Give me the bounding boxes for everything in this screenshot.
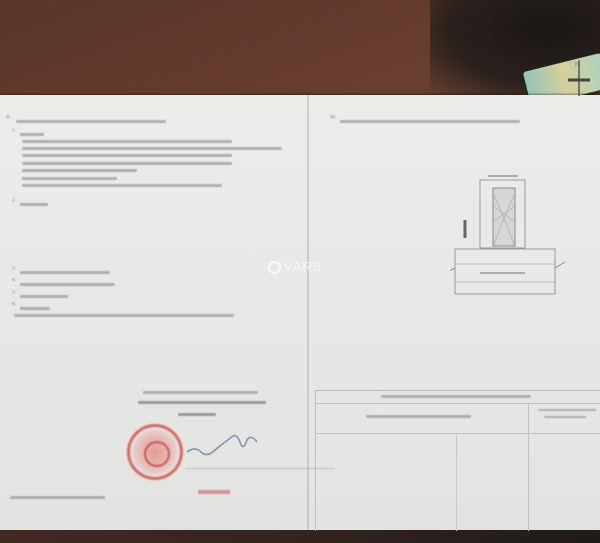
north-arrow-icon: N	[566, 58, 592, 98]
text-line	[22, 184, 222, 187]
signature-underline	[185, 468, 335, 469]
table-column-headers	[316, 403, 600, 434]
column-header-line	[366, 415, 471, 418]
sub-item-5: 5.	[12, 290, 16, 295]
sub-item-2: 2.	[12, 198, 16, 203]
text-line	[22, 140, 232, 143]
footer-text-line	[10, 496, 105, 499]
text-line	[20, 283, 115, 286]
text-line	[14, 314, 234, 317]
certificate-document: II. 1. 2. 3. 4. 5. 6. III. N	[0, 95, 600, 530]
page-fold	[307, 95, 309, 530]
text-line	[22, 177, 117, 180]
vars-logo-icon	[268, 261, 281, 274]
red-seal-stamp	[127, 424, 183, 480]
text-line	[20, 307, 50, 310]
land-plot-diagram	[450, 170, 570, 300]
sub-item-4: 4.	[12, 278, 16, 283]
text-line	[20, 271, 110, 274]
signature-date-line	[143, 391, 258, 394]
column-header-line	[538, 409, 596, 411]
svg-text:N: N	[575, 62, 580, 68]
text-line	[340, 120, 520, 123]
text-line	[22, 147, 282, 150]
changes-table	[315, 390, 600, 531]
signature	[185, 430, 265, 460]
authority-title-line	[178, 413, 216, 416]
text-line	[22, 154, 232, 157]
watermark-text: VARS	[284, 259, 322, 274]
section-heading-right: III.	[330, 115, 336, 120]
section-heading-left: II.	[6, 115, 11, 120]
sub-item-6: 6.	[12, 302, 16, 307]
column-header-line	[544, 416, 586, 418]
watermark: VARS	[268, 259, 322, 274]
text-line	[22, 162, 232, 165]
text-line	[20, 295, 68, 298]
signer-name	[198, 490, 230, 494]
text-line	[20, 203, 48, 206]
text-line	[16, 120, 166, 123]
table-title-line	[381, 395, 531, 398]
authority-name-line	[138, 401, 266, 404]
table-divider	[528, 403, 529, 531]
text-line	[20, 133, 44, 136]
text-line	[22, 169, 137, 172]
table-divider	[456, 433, 457, 531]
sub-item-3: 3.	[12, 266, 16, 271]
sub-item-1: 1.	[12, 128, 16, 133]
